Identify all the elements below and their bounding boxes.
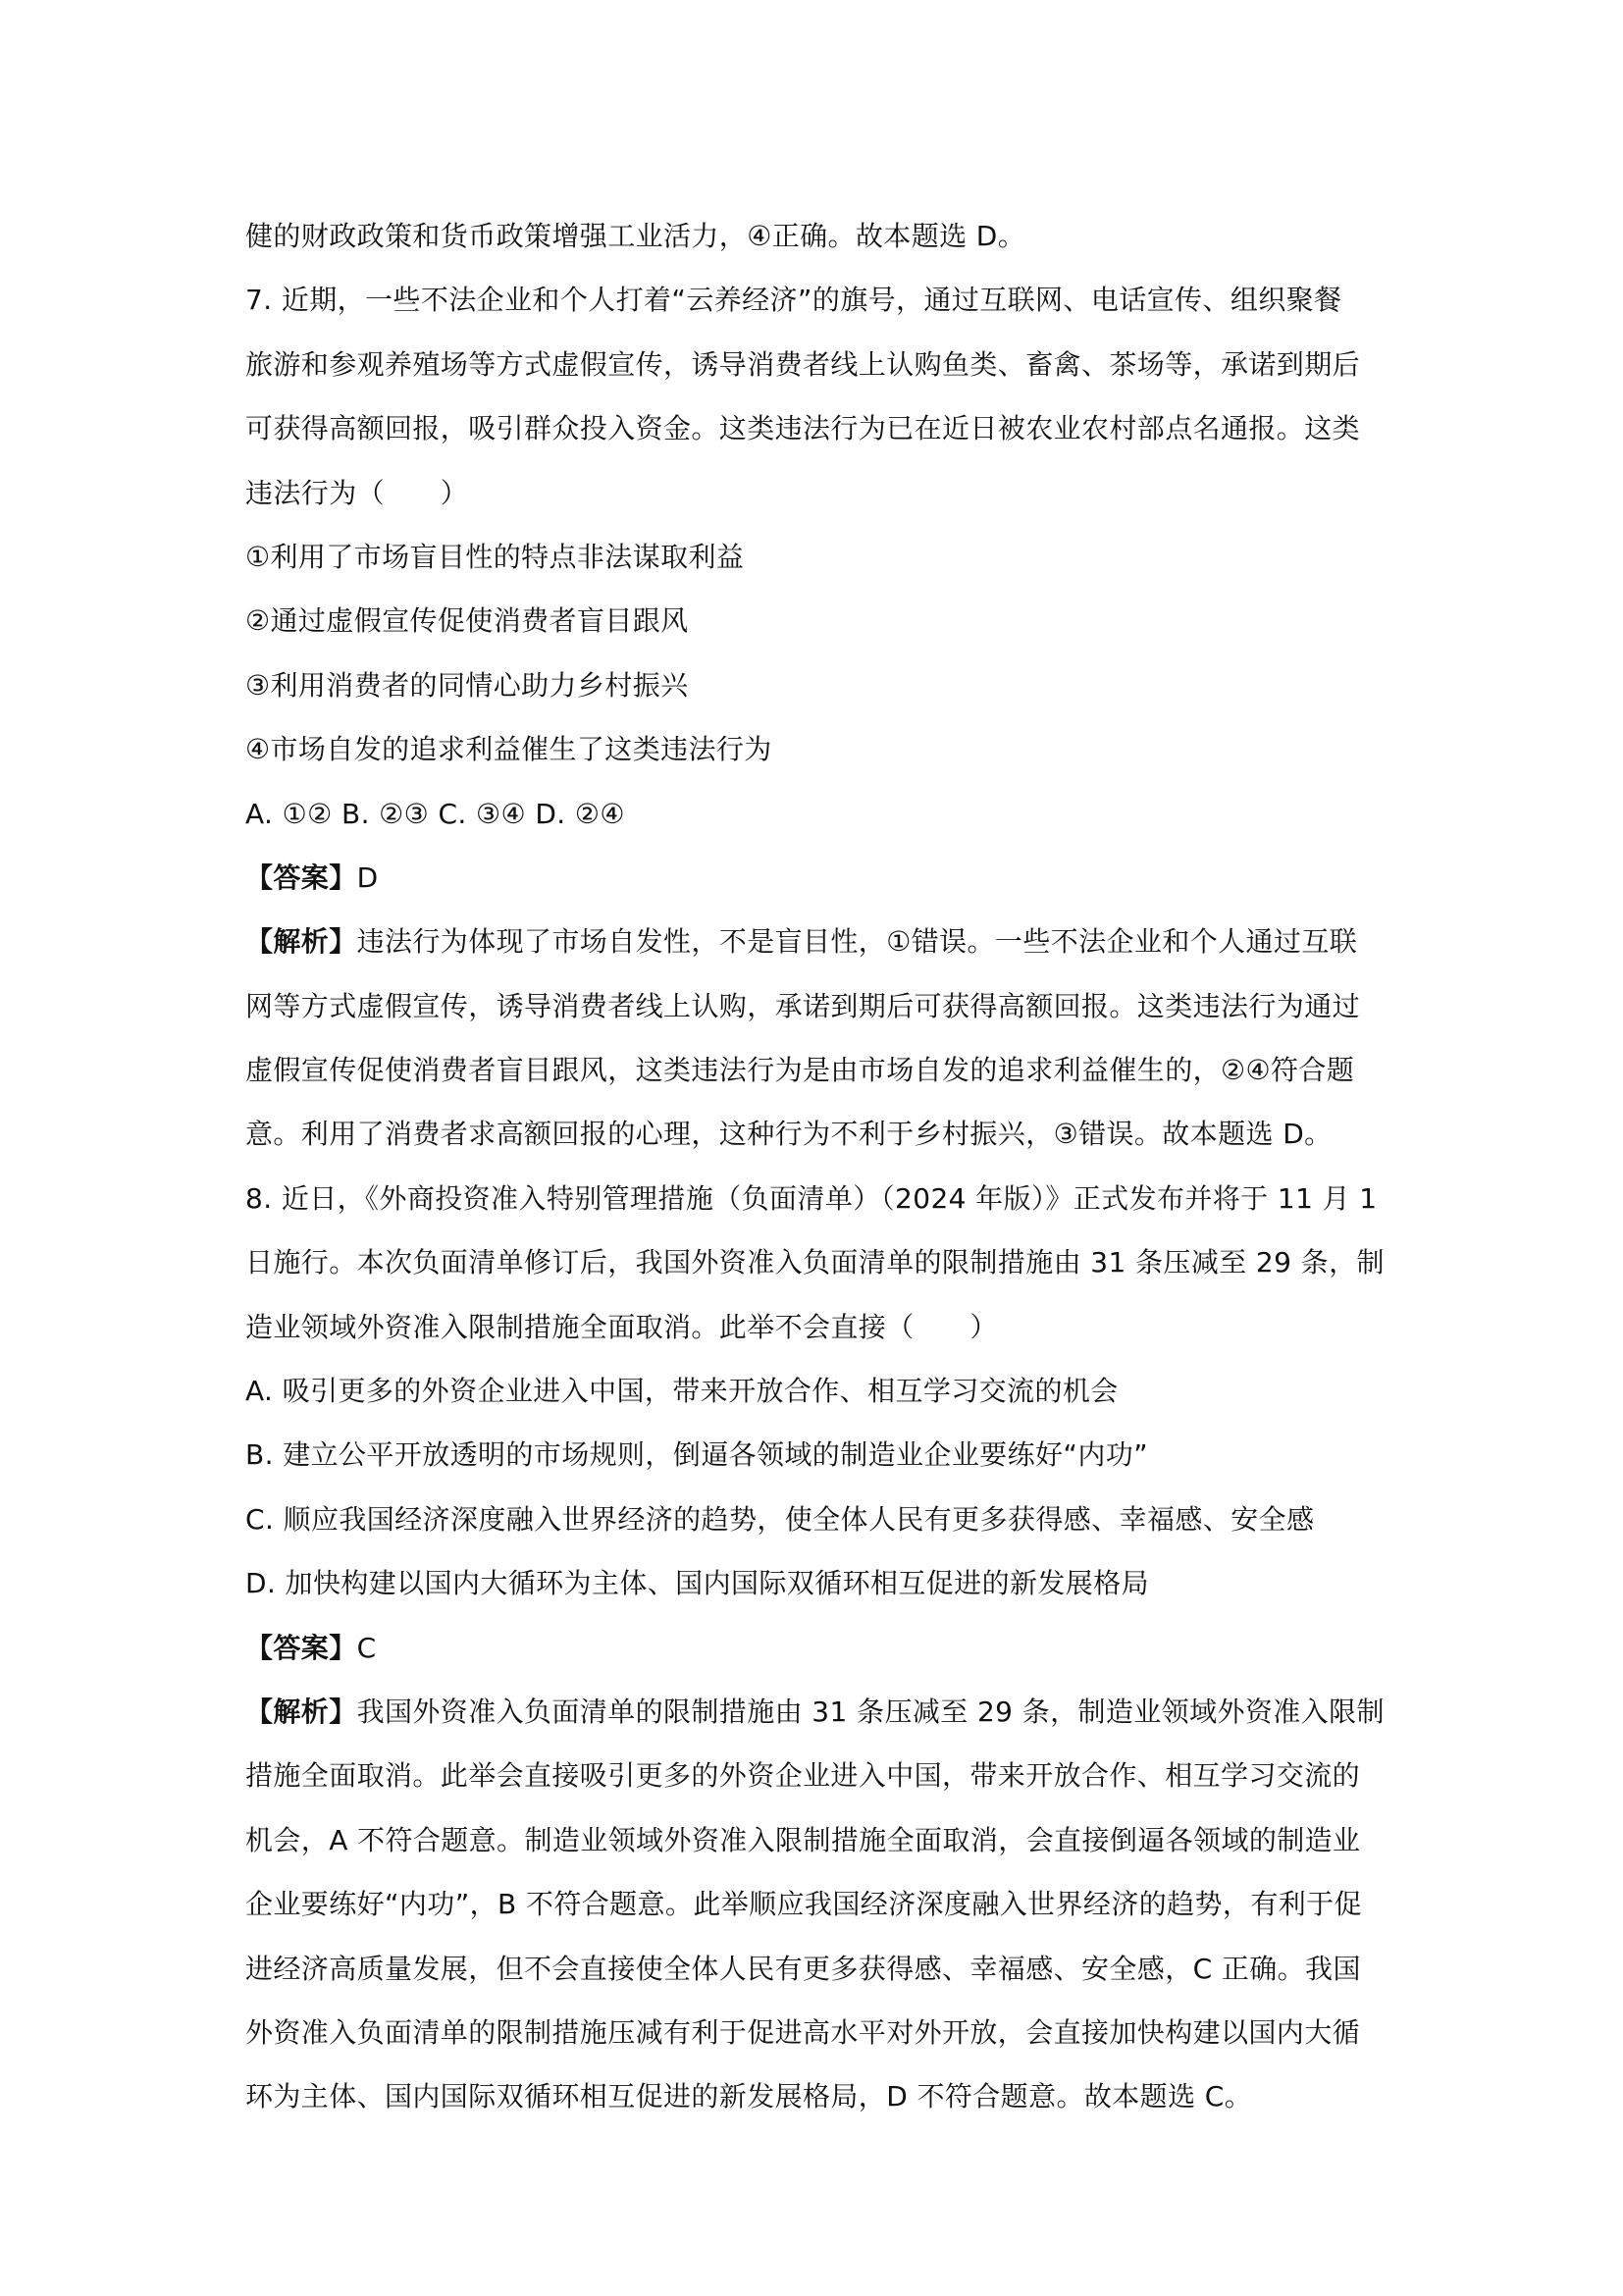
q8-analysis-line-7: 环为主体、国内国际双循环相互促进的新发展格局，D 不符合题意。故本题选 C。 (245, 2064, 1384, 2128)
answer-value: C (357, 1632, 377, 1664)
q7-analysis-line-1: 【解析】违法行为体现了市场自发性，不是盲目性，①错误。一些不法企业和个人通过互联 (245, 910, 1384, 973)
q7-statement-1: ①利用了市场盲目性的特点非法谋取利益 (245, 525, 1384, 589)
q8-analysis-line-6: 外资准入负面清单的限制措施压减有利于促进高水平对外开放，会直接加快构建以国内大循 (245, 2001, 1384, 2064)
analysis-text: 我国外资准入负面清单的限制措施由 31 条压减至 29 条，制造业领域外资准入限… (357, 1696, 1385, 1728)
q7-options: A. ①② B. ②③ C. ③④ D. ②④ (245, 782, 1384, 846)
q8-analysis-line-2: 措施全面取消。此举会直接吸引更多的外资企业进入中国，带来开放合作、相互学习交流的 (245, 1744, 1384, 1807)
analysis-label: 【解析】 (245, 925, 357, 958)
q8-analysis-line-5: 进经济高质量发展，但不会直接使全体人民有更多获得感、幸福感、安全感，C 正确。我… (245, 1937, 1384, 2001)
answer-label: 【答案】 (245, 1632, 357, 1664)
q8-stem-line-3: 造业领域外资准入限制措施全面取消。此举不会直接（ ） (245, 1295, 1384, 1359)
analysis-label: 【解析】 (245, 1696, 357, 1728)
q8-stem-line-1: 8. 近日，《外商投资准入特别管理措施（负面清单）（2024 年版）》正式发布并… (245, 1167, 1384, 1230)
q7-stem-line-3: 可获得高额回报，吸引群众投入资金。这类违法行为已在近日被农业农村部点名通报。这类 (245, 396, 1384, 460)
q8-analysis-line-1: 【解析】我国外资准入负面清单的限制措施由 31 条压减至 29 条，制造业领域外… (245, 1680, 1384, 1744)
q7-statement-2: ②通过虚假宣传促使消费者盲目跟风 (245, 589, 1384, 652)
q7-analysis-line-4: 意。利用了消费者求高额回报的心理，这种行为不利于乡村振兴，③错误。故本题选 D。 (245, 1102, 1384, 1166)
q7-analysis-line-3: 虚假宣传促使消费者盲目跟风，这类违法行为是由市场自发的追求利益催生的，②④符合题 (245, 1038, 1384, 1102)
q8-option-b: B. 建立公平开放透明的市场规则，倒逼各领域的制造业企业要练好“内功” (245, 1423, 1384, 1487)
answer-label: 【答案】 (245, 861, 357, 894)
q8-analysis-line-3: 机会，A 不符合题意。制造业领域外资准入限制措施全面取消，会直接倒逼各领域的制造… (245, 1808, 1384, 1872)
previous-analysis-tail: 健的财政政策和货币政策增强工业活力，④正确。故本题选 D。 (245, 204, 1384, 268)
q7-stem-line-4: 违法行为（ ） (245, 461, 1384, 525)
q7-answer: 【答案】D (245, 846, 1384, 910)
q8-analysis-line-4: 企业要练好“内功”，B 不符合题意。此举顺应我国经济深度融入世界经济的趋势，有利… (245, 1872, 1384, 1936)
q8-option-c: C. 顺应我国经济深度融入世界经济的趋势，使全体人民有更多获得感、幸福感、安全感 (245, 1487, 1384, 1551)
q8-stem-line-2: 日施行。本次负面清单修订后，我国外资准入负面清单的限制措施由 31 条压减至 2… (245, 1230, 1384, 1294)
q7-statement-3: ③利用消费者的同情心助力乡村振兴 (245, 653, 1384, 717)
q7-stem-line-1: 7. 近期，一些不法企业和个人打着“云养经济”的旗号，通过互联网、电话宣传、组织… (245, 268, 1384, 332)
q8-option-d: D. 加快构建以国内大循环为主体、国内国际双循环相互促进的新发展格局 (245, 1551, 1384, 1615)
q8-option-a: A. 吸引更多的外资企业进入中国，带来开放合作、相互学习交流的机会 (245, 1359, 1384, 1423)
question-8: 8. 近日，《外商投资准入特别管理措施（负面清单）（2024 年版）》正式发布并… (245, 1167, 1384, 2129)
q7-analysis-line-2: 网等方式虚假宣传，诱导消费者线上认购，承诺到期后可获得高额回报。这类违法行为通过 (245, 974, 1384, 1038)
answer-value: D (357, 861, 379, 894)
q8-answer: 【答案】C (245, 1616, 1384, 1680)
q7-stem-line-2: 旅游和参观养殖场等方式虚假宣传，诱导消费者线上认购鱼类、畜禽、茶场等，承诺到期后 (245, 333, 1384, 396)
q7-statement-4: ④市场自发的追求利益催生了这类违法行为 (245, 717, 1384, 781)
question-7: 7. 近期，一些不法企业和个人打着“云养经济”的旗号，通过互联网、电话宣传、组织… (245, 268, 1384, 1166)
analysis-text: 违法行为体现了市场自发性，不是盲目性，①错误。一些不法企业和个人通过互联 (357, 925, 1358, 958)
document-page: 健的财政政策和货币政策增强工业活力，④正确。故本题选 D。 7. 近期，一些不法… (245, 204, 1384, 2129)
